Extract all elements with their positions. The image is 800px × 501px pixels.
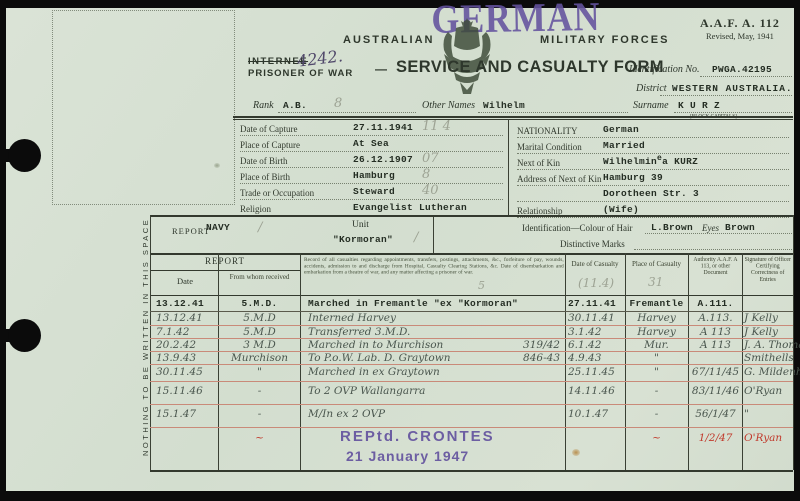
cell-from: - [222, 385, 297, 397]
identification-hair-label: Identification—Colour of Hair [522, 223, 632, 233]
field-value: Wilhelminea KURZ [603, 156, 698, 167]
field-row: Place of CaptureAt Sea [240, 138, 503, 152]
scan-edge-top [0, 0, 800, 8]
field-label: Religion [240, 204, 271, 214]
eyes-colour-value: Brown [725, 222, 755, 233]
cell-record: M/In ex 2 OVP [308, 408, 498, 420]
grid-line [150, 404, 793, 405]
cell-date: 15.1.47 [156, 408, 218, 420]
report-value: NAVY [206, 222, 230, 233]
field-value: Hamburg 39 [603, 172, 663, 183]
pencil-mark: 40 [422, 183, 439, 198]
unit-label: Unit [352, 220, 369, 230]
cell-dcas: 30.11.41 [568, 312, 624, 324]
cell-recnum: 846-43 [492, 352, 560, 364]
org-name-left: AUSTRALIAN [343, 34, 435, 46]
cell-from: 3 M.D [222, 339, 297, 351]
cell-pcas: Harvey [627, 312, 686, 324]
col-header-record-desc: Record of all casualties regarding appoi… [304, 256, 564, 276]
grid-line [742, 253, 743, 470]
field-value: Married [603, 140, 645, 151]
report-label: REPORT [172, 226, 210, 236]
cell-pcas: Fremantle [627, 298, 686, 309]
cell-from: Murchison [222, 352, 297, 364]
rank-value: A.B. [283, 100, 307, 111]
cell-dcas: 6.1.42 [568, 339, 624, 351]
grid-line [150, 311, 793, 312]
cell-sig: J. A. Thomas [744, 339, 796, 351]
repatriated-stamp-line1: REPtd. CRONTES [340, 428, 510, 445]
punch-hole-icon [8, 139, 41, 172]
table-row: 13.12.415.M.DInterned Harvey30.11.41Harv… [0, 312, 800, 326]
col-header-place-casualty: Place of Casualty [627, 260, 686, 268]
cell-record: Marched in ex Graytown [308, 366, 498, 378]
cell-sig: O'Ryan [744, 432, 796, 444]
pencil-note-date: (11.4) [578, 276, 614, 290]
field-label: Trade or Occupation [240, 188, 314, 198]
cell-record: To P.o.W. Lab. D. Graytown [308, 352, 498, 364]
field-value: 27.11.1941 [353, 122, 413, 133]
cell-from: " [222, 366, 297, 378]
hair-colour-value: L.Brown [651, 222, 693, 233]
other-names-label: Other Names [422, 100, 475, 111]
scan-edge-bottom [0, 491, 800, 501]
identification-no-value: PWGA.42195 [712, 64, 772, 75]
field-label: Next of Kin [517, 158, 560, 168]
cell-date: 30.11.45 [156, 366, 218, 378]
pencil-note-record: 5 [478, 279, 485, 292]
unit-value: "Kormoran" [333, 234, 393, 245]
cell-pcas: Harvey [627, 326, 686, 338]
eyes-label: Eyes [702, 223, 719, 233]
field-row: Address of Next of KinHamburg 39 [517, 172, 789, 186]
grid-line [218, 253, 219, 470]
pencil-mark: 11 4 [422, 119, 451, 134]
cell-dcas: 14.11.46 [568, 385, 624, 397]
col-header-from: From whom received [222, 273, 297, 281]
scanned-form-page: GERMAN AUSTRALIAN MILITARY FORCES A.A.F.… [0, 0, 800, 501]
field-row: Dorotheen Str. 3 [517, 188, 789, 202]
grid-line [150, 338, 793, 339]
cell-auth: A.111. [690, 298, 741, 309]
cell-recnum: 319/42 [492, 339, 560, 351]
cell-record: To 2 OVP Wallangarra [308, 385, 498, 397]
cell-date: 13.9.43 [156, 352, 218, 364]
field-row: Marital ConditionMarried [517, 140, 789, 154]
cell-pcas: " [627, 352, 686, 364]
pencil-note-place: 31 [648, 275, 663, 289]
cell-dcas: 10.1.47 [568, 408, 624, 420]
other-names-value: Wilhelm [483, 100, 525, 111]
pencil-tick: / [258, 220, 262, 235]
grid-line [150, 351, 793, 352]
photo-box [52, 10, 235, 205]
cell-sig: G. Mildenhall [744, 366, 796, 378]
cell-dcas: 4.9.43 [568, 352, 624, 364]
cell-sig: O'Ryan [744, 385, 796, 397]
cell-date: 15.11.46 [156, 385, 218, 397]
field-label: Date of Capture [240, 124, 297, 134]
cell-auth: 83/11/46 [690, 385, 741, 397]
cell-date: 20.2.42 [156, 339, 218, 351]
col-header-date: Date [152, 276, 218, 286]
cell-dcas: 3.1.42 [568, 326, 624, 338]
form-revision: Revised, May, 1941 [706, 31, 774, 41]
cell-sig: " [744, 408, 796, 420]
district-value: WESTERN AUSTRALIA. [672, 83, 793, 94]
field-value: Hamburg [353, 170, 395, 181]
field-row: NATIONALITYGerman [517, 124, 789, 138]
grid-line [688, 253, 689, 470]
cell-record: Marched in Fremantle "ex "Kormoran" [308, 298, 498, 309]
cell-dcas: 27.11.41 [568, 298, 624, 309]
table-row: 30.11.45"Marched in ex Graytown25.11.45"… [0, 366, 800, 380]
cell-auth: A 113 [690, 339, 741, 351]
rank-label: Rank [253, 100, 274, 111]
cell-from: - [222, 408, 297, 420]
repatriated-stamp-line2: 21 January 1947 [346, 448, 510, 464]
cell-date: 7.1.42 [156, 326, 218, 338]
cell-pcas: Mur. [627, 339, 686, 351]
margin-note: NOTHING TO BE WRITTEN IN THIS SPACE [141, 218, 150, 456]
field-label: Place of Birth [240, 172, 290, 182]
form-title: SERVICE AND CASUALTY FORM [396, 58, 664, 77]
field-row: Date of Birth26.12.190707 [240, 154, 503, 168]
field-value: Evangelist Lutheran [353, 202, 467, 213]
pencil-mark: 07 [422, 151, 439, 166]
cell-sig: J Kelly [744, 326, 796, 338]
grid-line [150, 427, 793, 428]
typed-correction: e [657, 154, 662, 163]
field-row: Next of KinWilhelminea KURZ [517, 156, 789, 170]
field-row: Place of BirthHamburg8 [240, 170, 503, 184]
title-dash: — [375, 62, 387, 76]
cell-from: 5.M.D [222, 326, 297, 338]
field-label: NATIONALITY [517, 126, 578, 136]
identification-no-label: Identification No. [629, 64, 700, 75]
field-label: Date of Birth [240, 156, 288, 166]
col-header-date-casualty: Date of Casualty [567, 260, 623, 268]
pencil-tick: / [414, 230, 418, 245]
field-label: Marital Condition [517, 142, 582, 152]
cell-sig: Smithells [744, 352, 796, 364]
pow-label: PRISONER OF WAR [248, 68, 353, 79]
cell-auth: 56/1/47 [690, 408, 741, 420]
table-row: 13.12.415.M.D.Marched in Fremantle "ex "… [0, 298, 800, 312]
cell-pcas: - [627, 408, 686, 420]
cell-auth: 1/2/47 [690, 432, 741, 444]
col-header-signature: Signature of Officer Certifying Correctn… [744, 256, 792, 282]
grid-line [150, 215, 151, 470]
field-label: Relationship [517, 206, 563, 216]
cell-auth: A 113 [690, 326, 741, 338]
field-row: Trade or OccupationSteward40 [240, 186, 503, 200]
field-value: German [603, 124, 639, 135]
distinctive-marks-label: Distinctive Marks [560, 239, 625, 249]
grid-line [300, 253, 301, 470]
table-row: 15.1.47-M/In ex 2 OVP10.1.47-56/1/47" [0, 408, 800, 422]
col-header-authority: Authority A.A.F. A 113, or other Documen… [691, 256, 740, 276]
grid-line [625, 253, 626, 470]
grid-line [150, 364, 793, 365]
cell-date: 13.12.41 [156, 298, 218, 309]
cell-sig: J Kelly [744, 312, 796, 324]
field-value: At Sea [353, 138, 389, 149]
grid-line [150, 325, 793, 326]
cell-date: 13.12.41 [156, 312, 218, 324]
scan-edge-right [794, 0, 800, 501]
field-value: (Wife) [603, 204, 639, 215]
cell-auth: 67/11/45 [690, 366, 741, 378]
paper-stain [572, 449, 580, 456]
field-value: 26.12.1907 [353, 154, 413, 165]
cell-dcas: 25.11.45 [568, 366, 624, 378]
pencil-mark: 8 [422, 167, 430, 182]
field-label: Place of Capture [240, 140, 300, 150]
cell-from: 5.M.D. [222, 298, 297, 309]
surname-label: Surname [633, 100, 669, 111]
field-value: Dorotheen Str. 3 [603, 188, 699, 199]
cell-record: Transferred 3.M.D. [308, 326, 498, 338]
cell-pcas: - [627, 385, 686, 397]
cell-from: 5.M.D [222, 312, 297, 324]
grid-line [793, 215, 794, 470]
grid-line [565, 253, 566, 470]
surname-value: K U R Z [678, 100, 720, 111]
field-value: Steward [353, 186, 395, 197]
table-report-header: REPORT [150, 256, 300, 266]
table-row: 15.11.46-To 2 OVP Wallangarra14.11.46-83… [0, 385, 800, 399]
field-row: Date of Capture27.11.194111 4 [240, 122, 503, 136]
grid-line [150, 381, 793, 382]
rank-pencil-mark: 8 [334, 96, 342, 111]
field-row: ReligionEvangelist Lutheran [240, 202, 503, 216]
form-number: A.A.F. A. 112 [700, 16, 780, 31]
cell-pcas: ~ [627, 432, 686, 444]
org-name-right: MILITARY FORCES [540, 34, 669, 46]
cell-record: Interned Harvey [308, 312, 498, 324]
repatriated-stamp: REPtd. CRONTES 21 January 1947 [340, 428, 510, 464]
scan-edge-left [0, 0, 6, 501]
field-label: Address of Next of Kin [517, 174, 602, 184]
cell-auth: A.113. [690, 312, 741, 324]
cell-from: ~ [222, 432, 297, 444]
cell-record: Marched in to Murchison [308, 339, 498, 351]
cell-pcas: " [627, 366, 686, 378]
district-label: District [636, 83, 667, 94]
